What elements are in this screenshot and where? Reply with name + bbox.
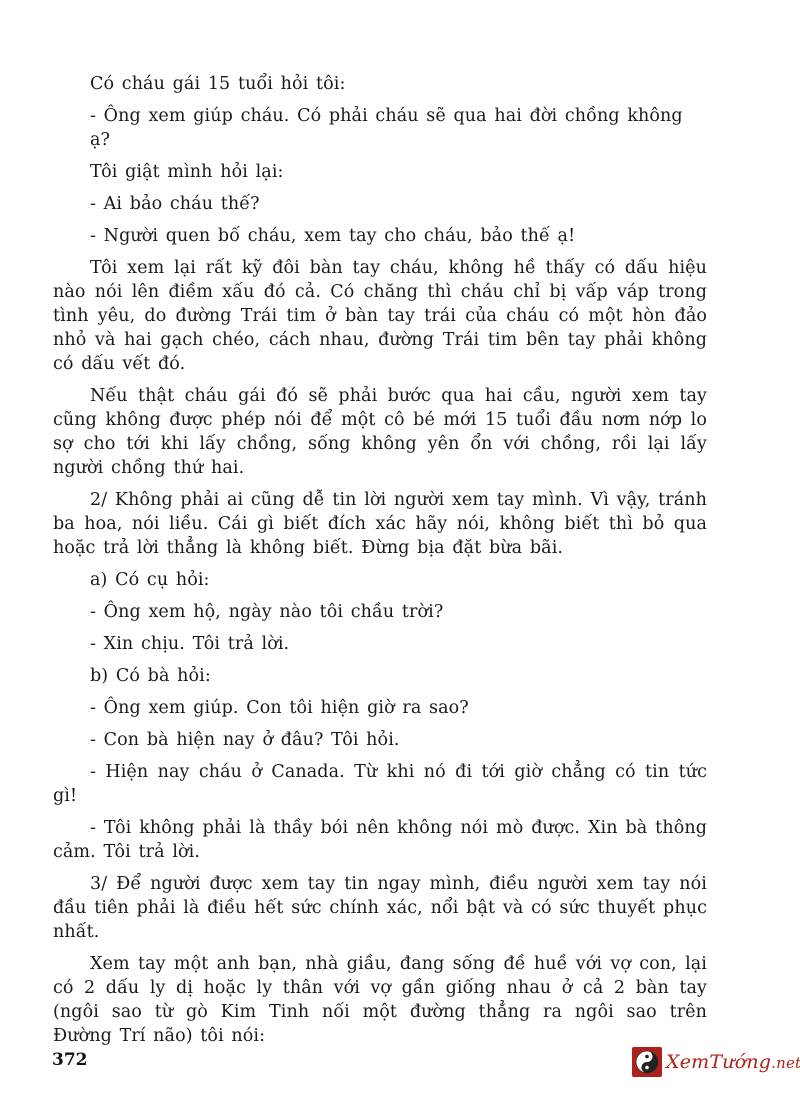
dialogue-line: - Ông xem hộ, ngày nào tôi chầu trời? xyxy=(90,600,707,624)
paragraph: Xem tay một anh bạn, nhà giầu, đang sống… xyxy=(53,952,707,1048)
dialogue-line: - Ông xem giúp. Con tôi hiện giờ ra sao? xyxy=(90,696,707,720)
paragraph: 3/ Để người được xem tay tin ngay mình, … xyxy=(53,872,707,944)
logo-text: XemTướng.net xyxy=(666,1051,800,1073)
paragraph: 2/ Không phải ai cũng dễ tin lời người x… xyxy=(53,488,707,560)
page-number: 372 xyxy=(52,1050,88,1070)
logo-brand: XemTướng xyxy=(666,1051,771,1073)
yin-yang-icon xyxy=(632,1047,662,1077)
logo-tld: .net xyxy=(771,1054,800,1072)
site-logo: XemTướng.net xyxy=(632,1047,800,1077)
paragraph: - Hiện nay cháu ở Canada. Từ khi nó đi t… xyxy=(53,760,707,808)
dialogue-line: - Xin chịu. Tôi trả lời. xyxy=(90,632,707,656)
paragraph: - Tôi không phải là thầy bói nên không n… xyxy=(53,816,707,864)
dialogue-line: Tôi giật mình hỏi lại: xyxy=(90,160,707,184)
dialogue-line: a) Có cụ hỏi: xyxy=(90,568,707,592)
dialogue-line: - Người quen bố cháu, xem tay cho cháu, … xyxy=(90,224,707,248)
paragraph: Nếu thật cháu gái đó sẽ phải bước qua ha… xyxy=(53,384,707,480)
dialogue-line: - Ai bảo cháu thế? xyxy=(90,192,707,216)
dialogue-line: - Ông xem giúp cháu. Có phải cháu sẽ qua… xyxy=(90,104,707,152)
dialogue-line: - Con bà hiện nay ở đâu? Tôi hỏi. xyxy=(90,728,707,752)
dialogue-line: Có cháu gái 15 tuổi hỏi tôi: xyxy=(90,72,707,96)
paragraph: Tôi xem lại rất kỹ đôi bàn tay cháu, khô… xyxy=(53,256,707,376)
dialogue-line: b) Có bà hỏi: xyxy=(90,664,707,688)
document-body: Có cháu gái 15 tuổi hỏi tôi: - Ông xem g… xyxy=(53,72,707,1056)
